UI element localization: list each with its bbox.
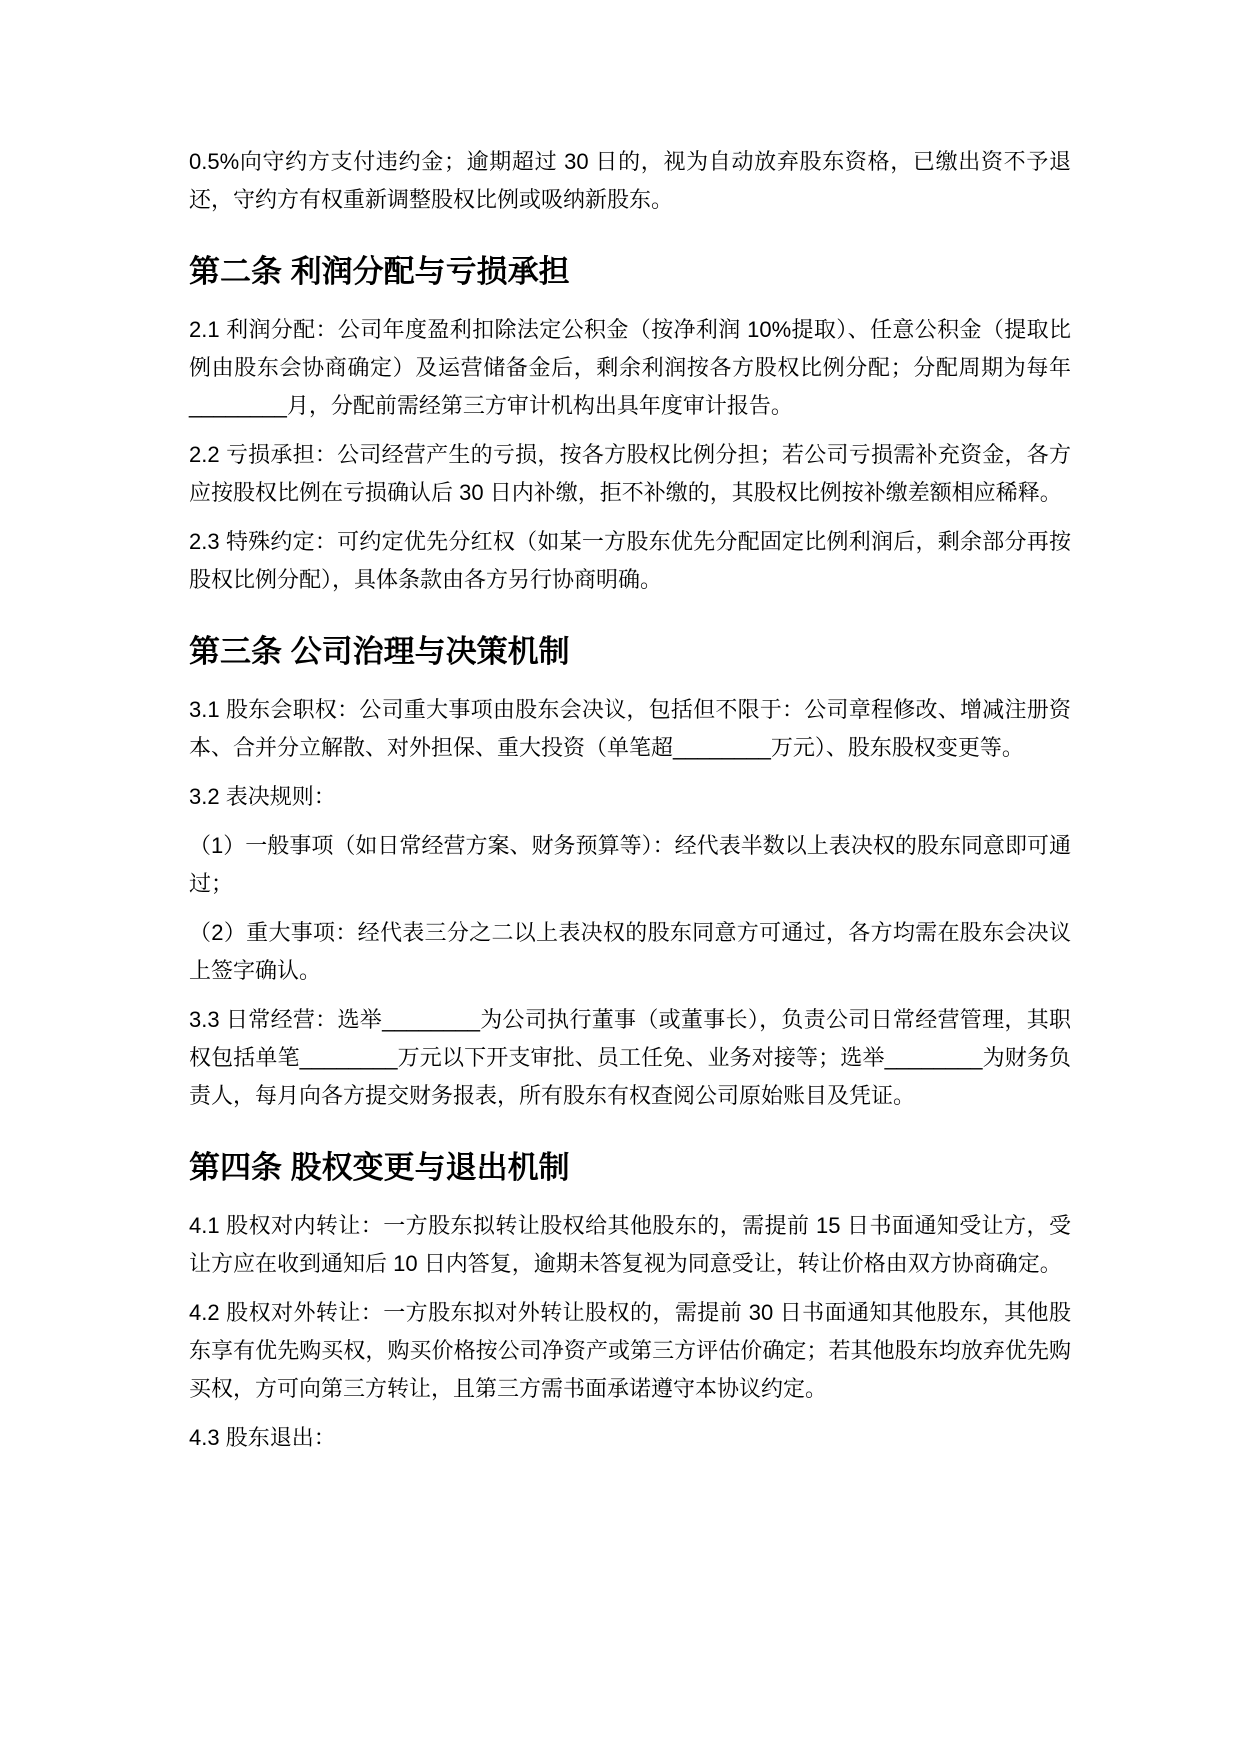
section-3-heading: 第三条 公司治理与决策机制 (189, 631, 1071, 673)
clause-2-2: 2.2 亏损承担：公司经营产生的亏损，按各方股权比例分担；若公司亏损需补充资金，… (189, 436, 1071, 512)
clause-4-1: 4.1 股权对内转让：一方股东拟转让股权给其他股东的，需提前 15 日书面通知受… (189, 1207, 1071, 1283)
clause-4-2: 4.2 股权对外转让：一方股东拟对外转让股权的，需提前 30 日书面通知其他股东… (189, 1294, 1071, 1408)
clause-3-2-item-1: （1）一般事项（如日常经营方案、财务预算等）：经代表半数以上表决权的股东同意即可… (189, 827, 1071, 903)
section-4-heading: 第四条 股权变更与退出机制 (189, 1147, 1071, 1189)
intro-paragraph: 0.5%向守约方支付违约金；逾期超过 30 日的，视为自动放弃股东资格，已缴出资… (189, 143, 1071, 219)
clause-2-3: 2.3 特殊约定：可约定优先分红权（如某一方股东优先分配固定比例利润后，剩余部分… (189, 523, 1071, 599)
clause-2-1: 2.1 利润分配：公司年度盈利扣除法定公积金（按净利润 10%提取）、任意公积金… (189, 311, 1071, 425)
clause-3-2-item-2: （2）重大事项：经代表三分之二以上表决权的股东同意方可通过，各方均需在股东会决议… (189, 914, 1071, 990)
clause-4-3: 4.3 股东退出： (189, 1419, 1071, 1457)
clause-3-1: 3.1 股东会职权：公司重大事项由股东会决议，包括但不限于：公司章程修改、增减注… (189, 691, 1071, 767)
document-page: 0.5%向守约方支付违约金；逾期超过 30 日的，视为自动放弃股东资格，已缴出资… (0, 0, 1241, 1755)
section-2-heading: 第二条 利润分配与亏损承担 (189, 251, 1071, 293)
clause-3-2: 3.2 表决规则： (189, 778, 1071, 816)
clause-3-3: 3.3 日常经营：选举________为公司执行董事（或董事长），负责公司日常经… (189, 1001, 1071, 1115)
